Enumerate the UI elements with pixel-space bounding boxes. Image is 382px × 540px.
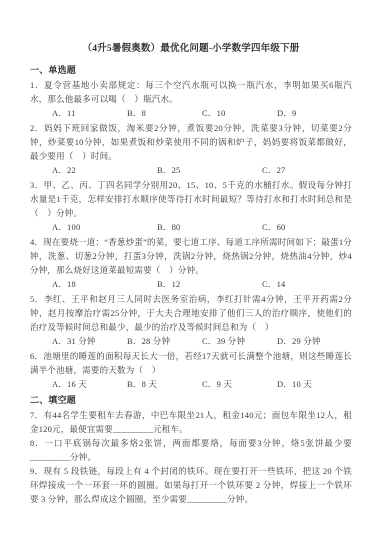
- question-text: 6．池塘里的睡莲的面积每天长大一倍，若经17天就可长满整个池塘，则这些睡莲长满半…: [30, 349, 352, 377]
- question-2: 2．妈妈下班回家做饭，淘米要2分钟，煮饭要20分钟，洗菜要3分钟，切菜要2分钟，…: [30, 121, 352, 177]
- answer-option-b: B．25: [157, 163, 262, 177]
- answer-option-c: C．27: [262, 163, 367, 177]
- options-row: A．100 B．80 C．60: [30, 220, 352, 234]
- question-text: 9．现有 5 段铁链，每段上有 4 个封闭的铁环。现在要打开一些铁环，把这 20…: [30, 464, 352, 506]
- options-row: A．31 分钟 B．28 分钟 C．39 分钟 D．29 分钟: [30, 334, 352, 348]
- answer-option-c: C．9 天: [202, 377, 277, 391]
- answer-option-b: B．8: [127, 106, 202, 120]
- section-heading-fill-in-blank: 二、填空题: [30, 393, 352, 407]
- answer-option-b: B．8 天: [127, 377, 202, 391]
- question-6: 6．池塘里的睡莲的面积每天长大一倍，若经17天就可长满整个池塘，则这些睡莲长满半…: [30, 349, 352, 391]
- question-5: 5．李红、王平和赵月三人同时去医务室治病，李红打针需4分钟，王平开药需2分钟，赵…: [30, 292, 352, 348]
- section-heading-multiple-choice: 一、单选题: [30, 63, 352, 77]
- answer-option-a: A．18: [52, 277, 157, 291]
- answer-option-d: D．10 天: [277, 377, 352, 391]
- answer-option-c: C．14: [262, 277, 367, 291]
- answer-option-a: A．11: [52, 106, 127, 120]
- question-text: 4．现在要烧一道：“香葱炒蛋”的菜，要七道工序、每道工序所需时间如下：敲蛋1分钟…: [30, 235, 352, 277]
- answer-option-c: C．10: [202, 106, 277, 120]
- answer-option-b: B．12: [157, 277, 262, 291]
- options-row: A．11 B．8 C．10 D．9: [30, 106, 352, 120]
- options-row: A．16 天 B．8 天 C．9 天 D．10 天: [30, 377, 352, 391]
- question-9: 9．现有 5 段铁链，每段上有 4 个封闭的铁环。现在要打开一些铁环，把这 20…: [30, 464, 352, 506]
- answer-option-a: A．100: [52, 220, 157, 234]
- question-text: 7．有44名学生要租车去春游，中巴车限坐21人，租金140元；面包车限坐12人，…: [30, 408, 352, 436]
- options-row: A．18 B．12 C．14: [30, 277, 352, 291]
- question-text: 3．甲、乙、丙、丁四名同学分别用20、15、10、5千克的水桶打水。假设每分钟打…: [30, 178, 352, 220]
- answer-option-a: A．31 分钟: [52, 334, 127, 348]
- answer-option-c: C．60: [262, 220, 367, 234]
- answer-option-d: D．9: [277, 106, 352, 120]
- answer-option-b: B．28 分钟: [127, 334, 202, 348]
- question-text: 1．夏令营基地小卖部规定：每三个空汽水瓶可以换一瓶汽水，李明如果买6瓶汽水，那么…: [30, 78, 352, 106]
- question-7: 7．有44名学生要租车去春游，中巴车限坐21人，租金140元；面包车限坐12人，…: [30, 408, 352, 436]
- question-4: 4．现在要烧一道：“香葱炒蛋”的菜，要七道工序、每道工序所需时间如下：敲蛋1分钟…: [30, 235, 352, 291]
- question-8: 8．一口平底锅每次最多烙2张饼，两面都要烙，每面要3分钟，烙5张饼最少要____…: [30, 436, 352, 464]
- question-1: 1．夏令营基地小卖部规定：每三个空汽水瓶可以换一瓶汽水，李明如果买6瓶汽水，那么…: [30, 78, 352, 120]
- answer-option-c: C．39 分钟: [202, 334, 277, 348]
- page-title: （4升5暑假奥数）最优化问题-小学数学四年级下册: [30, 42, 352, 56]
- question-text: 2．妈妈下班回家做饭，淘米要2分钟，煮饭要20分钟，洗菜要3分钟，切菜要2分钟，…: [30, 121, 352, 163]
- answer-option-a: A．16 天: [52, 377, 127, 391]
- question-text: 5．李红、王平和赵月三人同时去医务室治病，李红打针需4分钟，王平开药需2分钟，赵…: [30, 292, 352, 334]
- answer-option-b: B．80: [157, 220, 262, 234]
- answer-option-a: A．22: [52, 163, 157, 177]
- question-text: 8．一口平底锅每次最多烙2张饼，两面都要烙，每面要3分钟，烙5张饼最少要____…: [30, 436, 352, 464]
- options-row: A．22 B．25 C．27: [30, 163, 352, 177]
- answer-option-d: D．29 分钟: [277, 334, 352, 348]
- question-3: 3．甲、乙、丙、丁四名同学分别用20、15、10、5千克的水桶打水。假设每分钟打…: [30, 178, 352, 234]
- worksheet-page: （4升5暑假奥数）最优化问题-小学数学四年级下册 一、单选题 1．夏令营基地小卖…: [0, 0, 382, 540]
